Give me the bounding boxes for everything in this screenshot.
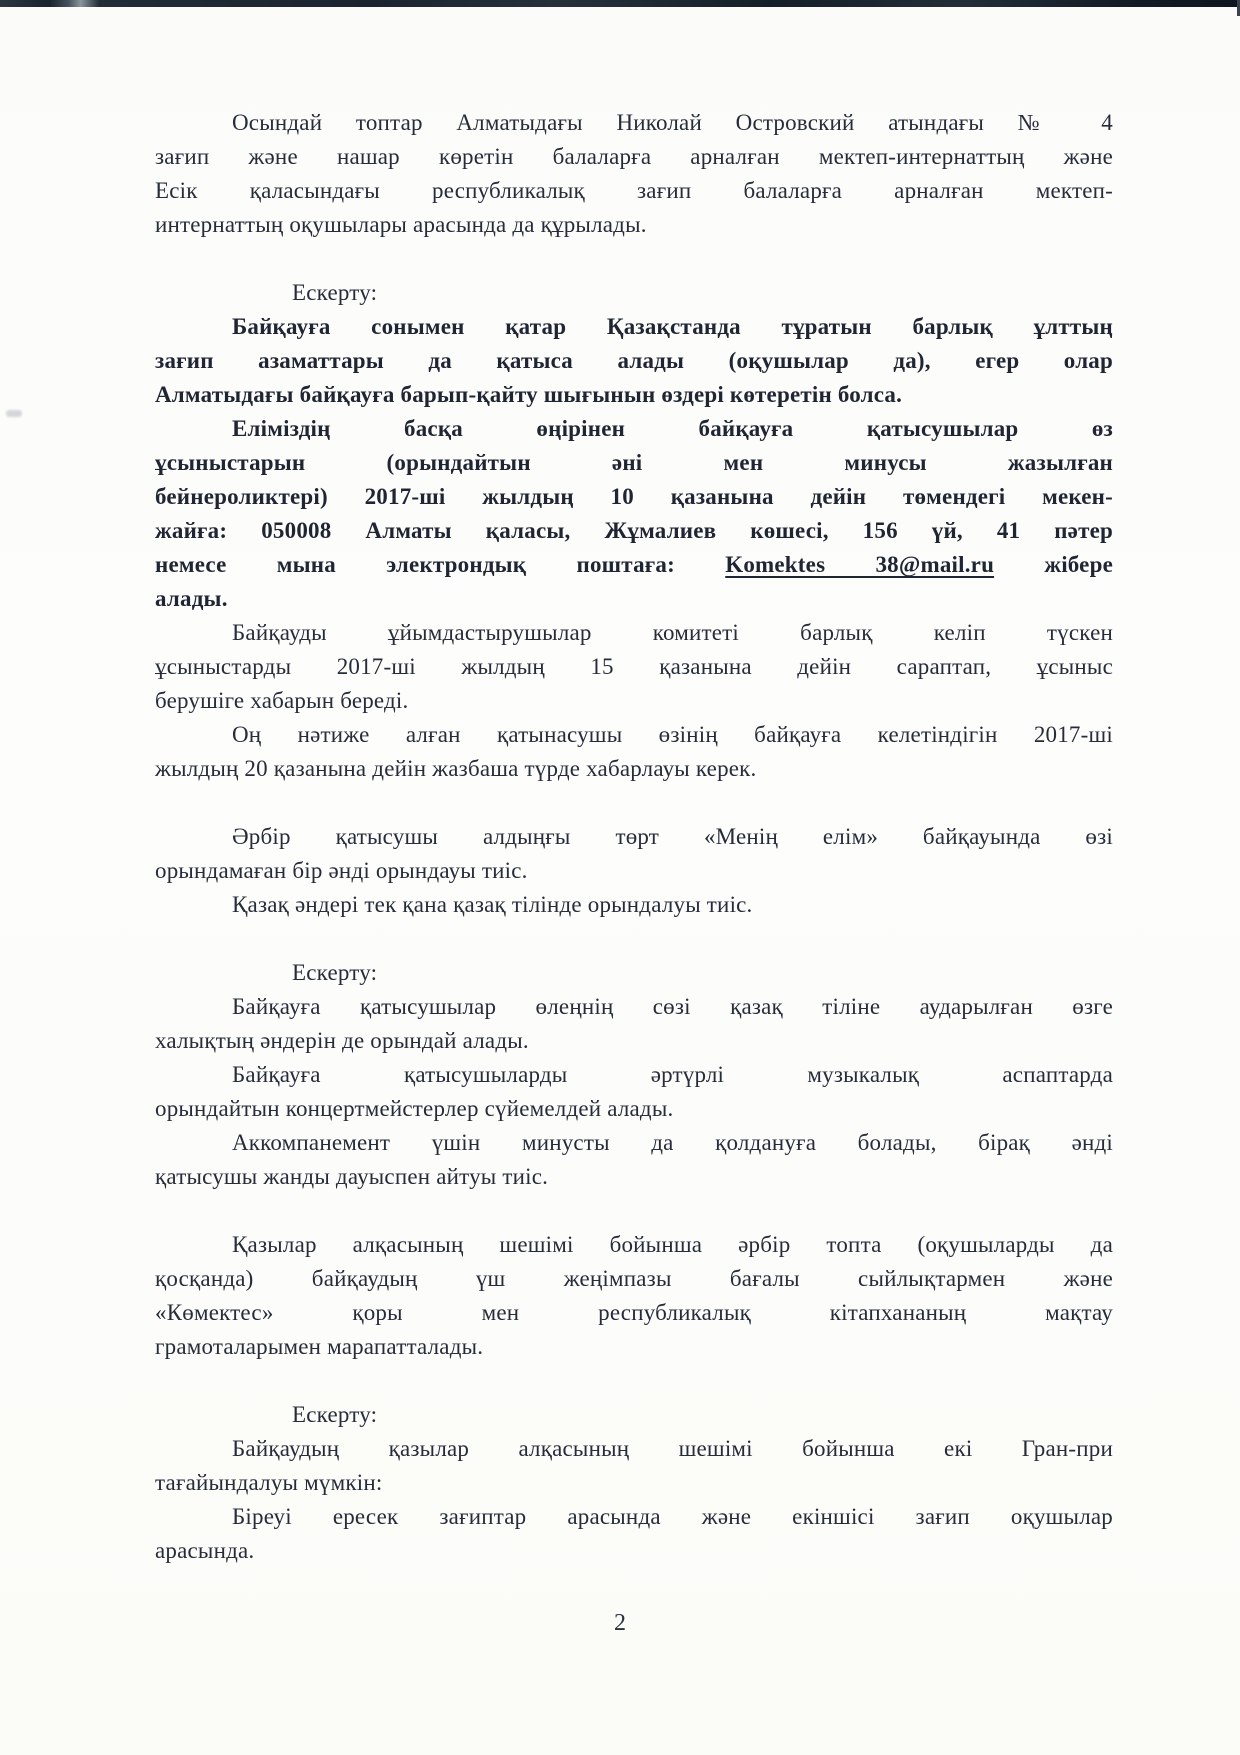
text-line: немесе мына электрондық поштаға: Komekte… (155, 548, 1113, 582)
paragraph: Байқауға сонымен қатар Қазақстанда тұрат… (155, 310, 1113, 412)
text-line: орындайтын концертмейстерлер сүйемелдей … (155, 1092, 1113, 1126)
text-line: қосқанда) байқаудың үш жеңімпазы бағалы … (155, 1262, 1113, 1296)
text-line: жайға: 050008 Алматы қаласы, Жұмалиев кө… (155, 514, 1113, 548)
text-line: Есік қаласындағы республикалық зағип бал… (155, 174, 1113, 208)
paragraph: Оң нәтиже алған қатынасушы өзінің байқау… (155, 718, 1113, 786)
blank-line (155, 786, 1113, 820)
text-line: Оң нәтиже алған қатынасушы өзінің байқау… (155, 718, 1113, 752)
email-address: Komektes 38@mail.ru (725, 552, 994, 577)
text-run: жібере (994, 552, 1113, 577)
text-line: ұсыныстарды 2017-ші жылдың 15 қазанына д… (155, 650, 1113, 684)
text-line: жылдың 20 қазанына дейін жазбаша түрде х… (155, 752, 1113, 786)
text-line: Байқауды ұйымдастырушылар комитеті барлы… (155, 616, 1113, 650)
paragraph: Байқаудың қазылар алқасының шешімі бойын… (155, 1432, 1113, 1500)
text-line: Байқаудың қазылар алқасының шешімі бойын… (155, 1432, 1113, 1466)
paragraph: Байқауды ұйымдастырушылар комитеті барлы… (155, 616, 1113, 718)
text-line: зағип және нашар көретін балаларға арнал… (155, 140, 1113, 174)
text-line: зағип азаматтары да қатыса алады (оқушыл… (155, 344, 1113, 378)
scan-smudge (6, 410, 22, 417)
text-line: бейнероликтері) 2017-ші жылдың 10 қазаны… (155, 480, 1113, 514)
page-number: 2 (0, 1606, 1240, 1640)
text-line: Қазақ әндері тек қана қазақ тілінде орын… (155, 888, 1113, 922)
text-line: Ескерту: (155, 956, 1113, 990)
scan-edge-top (0, 0, 1240, 7)
text-line: тағайындалуы мүмкін: (155, 1466, 1113, 1500)
paragraph: Ескерту: (155, 276, 1113, 310)
text-line: грамоталарымен марапатталады. (155, 1330, 1113, 1364)
paragraph: Біреуі ересек зағиптар арасында және екі… (155, 1500, 1113, 1568)
blank-line (155, 1194, 1113, 1228)
paragraph: Ескерту: (155, 956, 1113, 990)
scanned-document-page: { "page": { "number": "2", "language": "… (0, 0, 1240, 1755)
text-line: Байқауға қатысушыларды әртүрлі музыкалық… (155, 1058, 1113, 1092)
paragraph: Осындай топтар Алматыдағы Николай Остров… (155, 106, 1113, 242)
text-line: Біреуі ересек зағиптар арасында және екі… (155, 1500, 1113, 1534)
blank-line (155, 242, 1113, 276)
text-line: алады. (155, 582, 1113, 616)
paragraph: Әрбір қатысушы алдыңғы төрт «Менің елім»… (155, 820, 1113, 888)
text-line: Байқауға қатысушылар өлеңнің сөзі қазақ … (155, 990, 1113, 1024)
text-line: интернаттың оқушылары арасында да құрыла… (155, 208, 1113, 242)
blank-line (155, 922, 1113, 956)
paragraph: Байқауға қатысушыларды әртүрлі музыкалық… (155, 1058, 1113, 1126)
text-line: Ескерту: (155, 276, 1113, 310)
text-line: халықтың әндерін де орындай алады. (155, 1024, 1113, 1058)
text-line: Алматыдағы байқауға барып-қайту шығынын … (155, 378, 1113, 412)
text-line: арасында. (155, 1534, 1113, 1568)
text-line: «Көмектес» қоры мен республикалық кітапх… (155, 1296, 1113, 1330)
text-run: немесе мына электрондық поштаға: (155, 552, 725, 577)
text-line: орындамаған бір әнді орындауы тиіс. (155, 854, 1113, 888)
paragraph: Ескерту: (155, 1398, 1113, 1432)
paragraph: Қазылар алқасының шешімі бойынша әрбір т… (155, 1228, 1113, 1364)
text-line: Әрбір қатысушы алдыңғы төрт «Менің елім»… (155, 820, 1113, 854)
text-line: берушіге хабарын береді. (155, 684, 1113, 718)
text-line: Осындай топтар Алматыдағы Николай Остров… (155, 106, 1113, 140)
paragraph: Еліміздің басқа өңірінен байқауға қатысу… (155, 412, 1113, 616)
text-line: Қазылар алқасының шешімі бойынша әрбір т… (155, 1228, 1113, 1262)
document-text: Осындай топтар Алматыдағы Николай Остров… (155, 106, 1113, 1568)
text-line: Аккомпанемент үшін минусты да қолдануға … (155, 1126, 1113, 1160)
text-line: ұсыныстарын (орындайтын әні мен минусы ж… (155, 446, 1113, 480)
text-line: қатысушы жанды дауыспен айтуы тиіс. (155, 1160, 1113, 1194)
text-line: Байқауға сонымен қатар Қазақстанда тұрат… (155, 310, 1113, 344)
paragraph: Байқауға қатысушылар өлеңнің сөзі қазақ … (155, 990, 1113, 1058)
text-line: Еліміздің басқа өңірінен байқауға қатысу… (155, 412, 1113, 446)
paragraph: Аккомпанемент үшін минусты да қолдануға … (155, 1126, 1113, 1194)
blank-line (155, 1364, 1113, 1398)
paragraph: Қазақ әндері тек қана қазақ тілінде орын… (155, 888, 1113, 922)
text-line: Ескерту: (155, 1398, 1113, 1432)
